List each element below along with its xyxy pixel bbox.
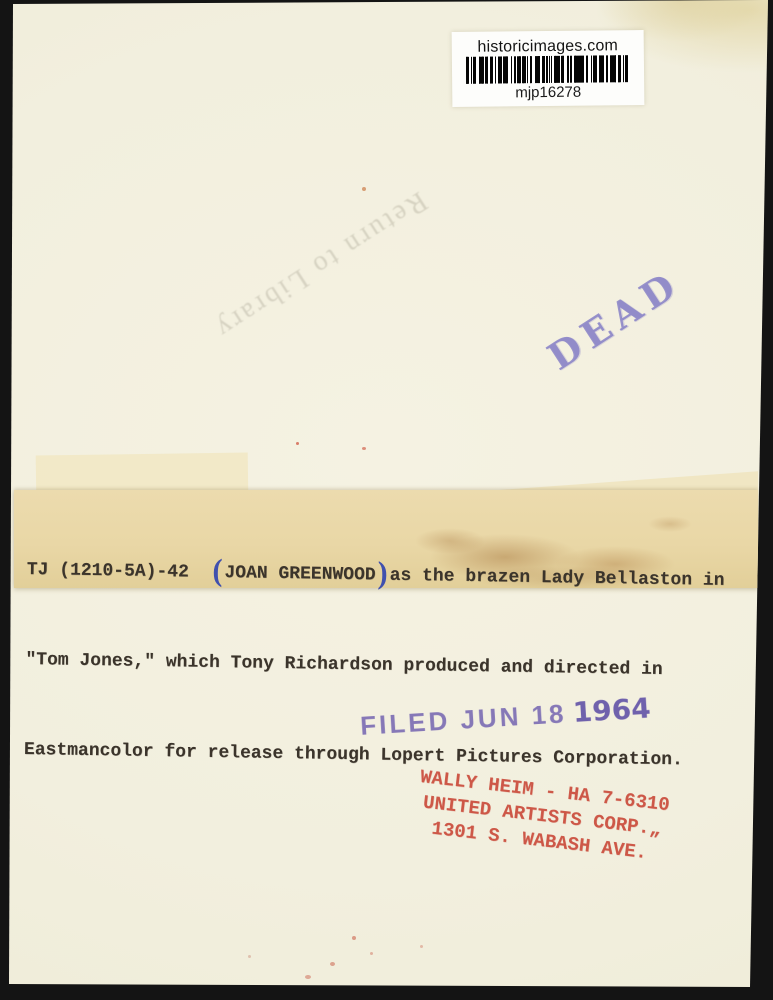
ink-speck [305, 975, 311, 979]
vendor-barcode-label: historicimages.com mjp16278 [452, 30, 645, 107]
caption-line-1-text: as the brazen Lady Bellaston in [389, 566, 724, 591]
ink-speck [370, 952, 373, 955]
ink-speck [362, 187, 366, 191]
caption-line-3: Eastmancolor for release through Lopert … [24, 735, 760, 777]
ink-speck [248, 955, 251, 958]
ink-speck [330, 962, 335, 966]
caption-actor-name: JOAN GREENWOOD [224, 563, 376, 585]
caption-line-1: TJ (1210-5A)-42 (JOAN GREENWOOD)as the b… [27, 555, 763, 597]
ink-speck [352, 936, 356, 940]
barcode-icon [466, 55, 630, 84]
ink-speck [362, 447, 366, 450]
vendor-site-text: historicimages.com [452, 37, 644, 56]
vendor-item-code: mjp16278 [452, 83, 644, 103]
typed-caption: TJ (1210-5A)-42 (JOAN GREENWOOD)as the b… [23, 495, 764, 837]
ink-speck [296, 442, 299, 445]
dead-stamp: DEAD [540, 249, 707, 378]
ink-speck [420, 945, 423, 948]
caption-photo-number: TJ (1210-5A)-42 [27, 560, 211, 583]
return-to-library-stamp: Return to Library [183, 163, 450, 358]
filed-stamp-year: 1964 [572, 691, 652, 729]
caption-line-2: "Tom Jones," which Tony Richardson produ… [25, 645, 761, 687]
photo-back-paper: historicimages.com mjp16278 Return to Li… [0, 0, 773, 1000]
